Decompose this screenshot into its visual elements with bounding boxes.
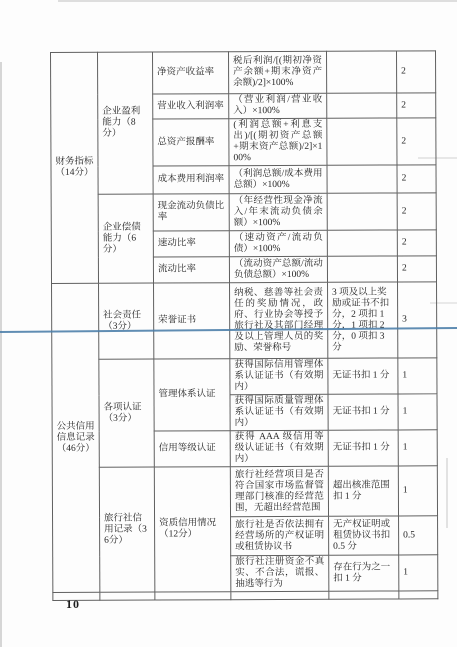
description-cell: 旅行社注册资金不真实、不合法，谎报、抽逃等行为 bbox=[231, 555, 329, 591]
description-cell: （营业利润/营业收入）×100% bbox=[229, 93, 327, 118]
description-cell: 税后利润/[(期初净资产余额+期末净资产余额)/2]×100% bbox=[229, 51, 327, 93]
empty-cell bbox=[155, 592, 231, 600]
description-cell: 获得 AAA 级信用等级认证证书（有效期内） bbox=[230, 430, 328, 466]
indicator-cell: 管理体系认证 bbox=[154, 359, 230, 431]
criteria-cell bbox=[327, 256, 397, 282]
score-cell: 2 bbox=[397, 256, 436, 282]
subcategory-cell: 各项认证（3分） bbox=[99, 359, 154, 467]
description-cell: 获得国际信用管理体系认证证书（有效期内） bbox=[230, 358, 328, 394]
description-cell: （利润总额/成本费用总额）×100% bbox=[229, 165, 327, 193]
indicator-cell: 速动比率 bbox=[153, 231, 229, 257]
subcategory-cell: 企业偿债能力（6分） bbox=[98, 194, 153, 283]
empty-cell bbox=[399, 591, 438, 599]
score-cell: 1 bbox=[398, 394, 437, 430]
criteria-cell: 无证书扣 1 分 bbox=[328, 430, 398, 466]
indicator-cell: 流动比率 bbox=[153, 257, 229, 283]
table-row: 各项认证（3分） 管理体系认证 获得国际信用管理体系认证证书（有效期内） 无证书… bbox=[52, 358, 437, 396]
criteria-cell: 超出核准范围扣 1 分 bbox=[328, 466, 398, 516]
score-cell: 1 bbox=[398, 430, 437, 466]
subcategory-cell: 社会责任（3分） bbox=[99, 283, 154, 359]
criteria-cell bbox=[327, 193, 397, 230]
indicator-cell: 成本费用利润率 bbox=[153, 166, 229, 194]
criteria-cell: 无证书扣 1 分 bbox=[328, 394, 398, 430]
score-cell: 3 bbox=[398, 282, 437, 358]
description-cell: 纳税、慈善等社会责任的奖励情况，政府、行业协会等授予旅行社及其部门经理及以上管理… bbox=[230, 282, 328, 358]
score-cell: 1 bbox=[399, 555, 438, 591]
scan-edge-left bbox=[0, 62, 2, 647]
criteria-cell bbox=[327, 93, 397, 118]
criteria-cell: 存在行为之一扣 1 分 bbox=[329, 555, 399, 591]
score-cell: 2 bbox=[396, 51, 435, 93]
scan-streak bbox=[446, 458, 448, 528]
indicator-cell: 信用等级认证 bbox=[154, 431, 230, 467]
score-cell: 0.5 bbox=[399, 516, 438, 555]
indicator-cell: 荣誉证书 bbox=[154, 283, 230, 359]
indicator-cell: 总资产报酬率 bbox=[153, 119, 229, 166]
criteria-cell: 3 项及以上奖励或证书不扣分，2 项扣 1 分，1 项扣 2 分，0 项扣 3 … bbox=[328, 282, 398, 358]
description-cell: 获得国际质量管理体系认证证书（有效期内） bbox=[230, 394, 328, 430]
score-cell: 1 bbox=[398, 466, 437, 516]
indicator-cell: 营业收入利润率 bbox=[153, 94, 229, 119]
table-row bbox=[53, 591, 438, 601]
subcategory-cell: 旅行社信用记录（36分） bbox=[99, 467, 155, 592]
score-cell: 2 bbox=[397, 93, 436, 118]
criteria-cell bbox=[326, 51, 396, 93]
scan-edge-top bbox=[58, 0, 457, 2]
score-cell: 2 bbox=[397, 118, 436, 165]
score-cell: 1 bbox=[398, 358, 437, 394]
evaluation-table: 财务指标（14分） 企业盈利能力（8分） 净资产收益率 税后利润/[(期初净资产… bbox=[50, 50, 438, 601]
table-row: 公共信用信息记录（46分） 社会责任（3分） 荣誉证书 纳税、慈善等社会责任的奖… bbox=[52, 282, 437, 360]
score-cell: 2 bbox=[397, 193, 436, 230]
indicator-cell: 资质信用情况（12分） bbox=[154, 467, 231, 592]
description-cell: (利润总额+利息支出)/[(期初资产总额+期末资产总额)/2]×100% bbox=[229, 118, 327, 165]
empty-cell bbox=[329, 591, 399, 599]
criteria-cell bbox=[327, 118, 397, 165]
criteria-cell: 无证书扣 1 分 bbox=[328, 358, 398, 394]
indicator-cell: 现金流动负债比率 bbox=[153, 194, 229, 231]
score-cell: 2 bbox=[397, 165, 436, 193]
criteria-cell bbox=[327, 165, 397, 193]
table-row: 企业偿债能力（6分） 现金流动负债比率 （年经营性现金净流入/年末流动负债余额）… bbox=[51, 193, 436, 232]
description-cell: （速动资产/流动负债）×100% bbox=[229, 230, 327, 256]
criteria-cell bbox=[327, 230, 397, 256]
empty-cell bbox=[100, 592, 155, 600]
score-cell: 2 bbox=[397, 230, 436, 256]
category-cell: 财务指标（14分） bbox=[51, 52, 99, 283]
scanned-document-page: 财务指标（14分） 企业盈利能力（8分） 净资产收益率 税后利润/[(期初净资产… bbox=[0, 0, 457, 647]
table-row: 财务指标（14分） 企业盈利能力（8分） 净资产收益率 税后利润/[(期初净资产… bbox=[51, 51, 436, 95]
description-cell: （年经营性现金净流入/年末流动负债余额）×100% bbox=[229, 193, 327, 230]
page-number: 10 bbox=[66, 597, 80, 612]
empty-cell bbox=[231, 591, 329, 599]
subcategory-cell: 企业盈利能力（8分） bbox=[98, 52, 154, 194]
description-cell: 旅行社是否依法拥有经营场所的产权证明或租赁协议书 bbox=[231, 516, 329, 555]
criteria-cell: 无产权证明或租赁协议书扣 0.5 分 bbox=[329, 516, 399, 555]
table-row: 旅行社信用记录（36分） 资质信用情况（12分） 旅行社经营项目是否符合国家市场… bbox=[52, 466, 437, 518]
description-cell: 旅行社经营项目是否符合国家市场监督管理部门核准的经营范围，无超出经营范围 bbox=[230, 466, 328, 516]
indicator-cell: 净资产收益率 bbox=[153, 52, 229, 94]
description-cell: （流动资产总额/流动负债总额）×100% bbox=[229, 256, 327, 282]
